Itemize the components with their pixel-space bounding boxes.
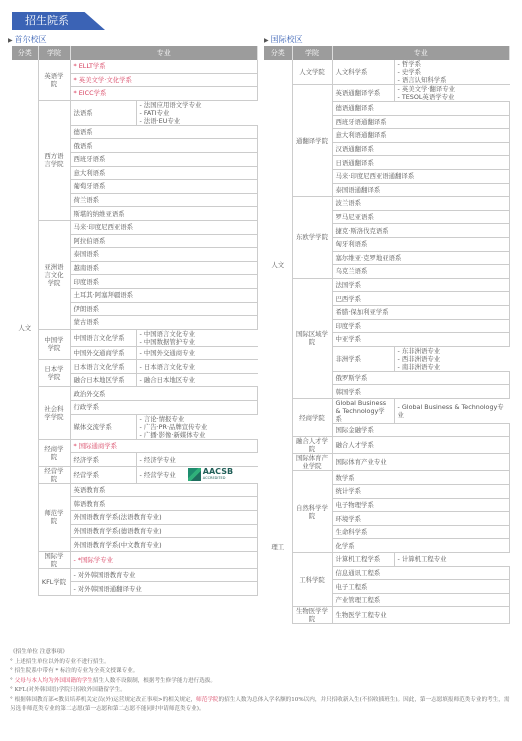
dept-cell: 荷兰语系 <box>70 193 258 207</box>
dept-cell: 经营学系 <box>70 466 136 483</box>
dept-cell: 越南语系 <box>70 261 258 275</box>
table-row: 融合人才学院融合人才学系 <box>264 437 510 454</box>
table-row: 社会科学学院政治外交系 <box>12 387 258 401</box>
dept-cell: 人文科学系 <box>332 60 394 85</box>
dept-cell: 罗马尼亚语系 <box>332 210 510 224</box>
major-item: - 西非洲语专业 <box>398 355 507 363</box>
dept-cell: 匈牙利语系 <box>332 237 510 251</box>
header-college: 学院 <box>38 46 70 60</box>
major-item: - 广播·影像·新媒体专业 <box>140 431 255 439</box>
seoul-majors-table: 分类 学院 专业 人文英语学院* ELLT学系* 英美文学·文化学系* EICC… <box>12 46 258 596</box>
dept-cell: 数学系 <box>332 471 510 485</box>
category-cell: 人文 <box>12 60 38 596</box>
dept-cell: 德语通翻译系 <box>332 102 510 116</box>
dept-cell: 韩语教育系 <box>70 497 258 511</box>
note-item: ° 根据韩国教育部<教员培养机关定员(外)运营规定改正事项>的相关规定，师范学院… <box>10 696 515 715</box>
college-cell: 国际学院 <box>38 551 70 568</box>
table-row: 经商学院Global Business & Technology学系- Glob… <box>264 398 510 423</box>
college-cell: 经营学院 <box>38 466 70 483</box>
dept-cell: 电子工程系 <box>332 580 510 594</box>
major-item: - 言论·情报专业 <box>140 415 255 423</box>
seoul-campus-title: 首尔校区 <box>15 35 47 44</box>
college-cell: 东欧学学院 <box>292 197 332 279</box>
college-cell: 自然科学学院 <box>292 471 332 553</box>
major-cell: - 言论·情报专业- 广告·PR·品牌宣传专业- 广播·影像·新媒体专业 <box>136 414 258 439</box>
table-row: 人文英语学院* ELLT学系 <box>12 60 258 73</box>
dept-cell: 马来·印度尼西亚语通翻译系 <box>332 169 510 183</box>
global-campus-title: 国际校区 <box>271 35 303 44</box>
dept-cell: 国际体育产业专业 <box>332 454 510 471</box>
dept-cell: 汉语通翻译系 <box>332 142 510 156</box>
aacsb-sub: ACCREDITED <box>203 475 233 482</box>
major-item: - 融合日本地区专业 <box>140 376 255 384</box>
college-cell: 通翻译学院 <box>292 85 332 197</box>
dept-cell: 融合人才学系 <box>332 437 510 454</box>
note-item: ° 父母与本人均为外国国籍的学生招生人数不设限制，根据考生修学能力进行选拔。 <box>10 677 515 687</box>
major-item: - TESOL英语学专业 <box>398 93 507 101</box>
dept-cell: 韩国学系 <box>332 385 510 399</box>
aacsb-badge: AACSBACCREDITED <box>188 468 233 482</box>
dept-cell: 伊朗语系 <box>70 302 258 316</box>
dept-cell: 电子物理学系 <box>332 498 510 512</box>
notes-title: 《招生单位 注意事项》 <box>10 648 515 658</box>
dept-cell: 意大利语通翻译系 <box>332 129 510 143</box>
dept-cell: 西班牙语系 <box>70 152 258 166</box>
dept-cell: - 对外韩国语通翻译专业 <box>70 582 258 596</box>
note-bullet: ° <box>10 668 15 674</box>
dept-cell: 中国语言文化学系 <box>70 329 136 346</box>
table-row: 中国学学院中国语言文化学系- 中国语言文化专业- 中国数据管护专业 <box>12 329 258 346</box>
dept-cell: 巴西学系 <box>332 292 510 306</box>
dept-cell: 非洲学系 <box>332 346 394 371</box>
note-bullet: ° <box>10 697 15 703</box>
major-item: - 东非洲语专业 <box>398 347 507 355</box>
dept-cell: 塞尔维亚·克罗地亚语系 <box>332 251 510 265</box>
table-row: 通翻译学院英语通翻译学系- 英美文学·翻译专业- TESOL英语学专业 <box>264 85 510 102</box>
major-item: - 经营学专业 <box>140 471 176 479</box>
dept-cell: 外国语教育学系(中文教育专业) <box>70 538 258 552</box>
dept-cell: 土耳其·阿塞拜疆语系 <box>70 288 258 302</box>
dept-cell: 印度语系 <box>70 275 258 289</box>
global-campus-label: ▶国际校区 <box>264 34 303 45</box>
college-cell: 工科学院 <box>292 553 332 607</box>
major-cell: - 中国外交通商专业 <box>136 346 258 360</box>
major-item: - 中国数据管护专业 <box>140 338 255 346</box>
dept-cell: 环境学系 <box>332 512 510 526</box>
dept-cell: 马来·印度尼西亚语系 <box>70 220 258 234</box>
dept-cell: 行政学系 <box>70 401 258 415</box>
college-cell: 融合人才学院 <box>292 437 332 454</box>
major-cell: - 经济学专业 <box>136 453 258 467</box>
major-cell: - 法国应用语文学专业- FATI专业- 法语·EU专业 <box>136 100 258 125</box>
dept-cell: 印度学系 <box>332 319 510 333</box>
table-row: KFL学院- 对外韩国语教育专业 <box>12 568 258 582</box>
major-item: - FATI专业 <box>140 109 255 117</box>
arrow-icon: ▶ <box>8 37 13 44</box>
table-row: 师范学院英语教育系 <box>12 483 258 497</box>
college-cell: 日本学学院 <box>38 360 70 387</box>
college-cell: 国际区域学院 <box>292 278 332 398</box>
table-row: 生物医学学院生物医学工程专业 <box>264 607 510 624</box>
dept-cell: * 英美文学·文化学系 <box>70 73 258 87</box>
college-cell: 经商学院 <box>38 439 70 466</box>
header-college: 学院 <box>292 46 332 60</box>
table-row: 东欧学学院波兰语系 <box>264 197 510 211</box>
table-row: 日本学学院日本语言文化学系- 日本语言文化专业 <box>12 360 258 374</box>
note-item: ° KFL(对外韩国语)学院只招收外国籍留学生。 <box>10 686 515 696</box>
table-row: 亚洲语言文化学院马来·印度尼西亚语系 <box>12 220 258 234</box>
seoul-campus-label: ▶首尔校区 <box>8 34 47 45</box>
college-cell: 国际体育产业学院 <box>292 454 332 471</box>
college-cell: KFL学院 <box>38 568 70 595</box>
table-row: 西方语言学院法语系- 法国应用语文学专业- FATI专业- 法语·EU专业 <box>12 100 258 125</box>
dept-cell: 希腊·保加利亚学系 <box>332 305 510 319</box>
major-cell: - 中国语言文化专业- 中国数据管护专业 <box>136 329 258 346</box>
dept-cell: - 对外韩国语教育专业 <box>70 568 258 582</box>
college-cell: 师范学院 <box>38 483 70 551</box>
college-cell: 社会科学学院 <box>38 387 70 439</box>
dept-cell: 政治外交系 <box>70 387 258 401</box>
dept-cell: 融合日本地区学系 <box>70 373 136 387</box>
dept-cell: 外国语教育学系(法语教育专业) <box>70 511 258 525</box>
note-item: ° 上述招生单位以外的专业不进行招生。 <box>10 658 515 668</box>
note-bullet: ° <box>10 659 15 665</box>
aacsb-logo-icon <box>188 468 201 481</box>
dept-cell: 泰国语系 <box>70 248 258 262</box>
major-item: - 法语·EU专业 <box>140 117 255 125</box>
header-category: 分类 <box>264 46 292 60</box>
note-highlight: 父母与本人均为外国国籍的学生 <box>15 678 93 684</box>
college-cell: 中国学学院 <box>38 329 70 360</box>
major-item: - 史学系 <box>398 68 507 76</box>
dept-cell: 化学系 <box>332 539 510 553</box>
dept-cell: 经济学系 <box>70 453 136 467</box>
header-major: 专业 <box>332 46 510 60</box>
major-item: - 中国外交通商专业 <box>140 349 255 357</box>
dept-cell: 统计学系 <box>332 485 510 499</box>
major-item: - 南非洲语专业 <box>398 363 507 371</box>
major-item: - 英美文学·翻译专业 <box>398 85 507 93</box>
major-cell: - Global Business & Technology专业 <box>394 398 510 423</box>
major-item: - 计算机工程专业 <box>398 555 507 563</box>
arrow-icon: ▶ <box>264 37 269 44</box>
major-item: - 哲学系 <box>398 60 507 68</box>
note-highlight: 师范学院 <box>196 697 218 703</box>
dept-cell: 产业管理工程系 <box>332 593 510 607</box>
dept-cell: * ELLT学系 <box>70 60 258 73</box>
table-row: 工科学院计算机工程学系- 计算机工程专业 <box>264 553 510 567</box>
table-row: 经商学院* 国际通商学系 <box>12 439 258 453</box>
dept-cell: 法语系 <box>70 100 136 125</box>
college-cell: 生物医学学院 <box>292 607 332 624</box>
major-item: - 中国语言文化专业 <box>140 330 255 338</box>
dept-cell: 葡萄牙语系 <box>70 180 258 194</box>
table-row: 国际区域学院法国学系 <box>264 278 510 292</box>
table-row: 国际体育产业学院国际体育产业专业 <box>264 454 510 471</box>
college-cell: 亚洲语言文化学院 <box>38 220 70 329</box>
note-bullet: ° <box>10 687 15 693</box>
dept-cell: 乌克兰语系 <box>332 265 510 279</box>
dept-cell: 日本语言文化学系 <box>70 360 136 374</box>
dept-cell: 英语教育系 <box>70 483 258 497</box>
major-item: - 语言认知科学系 <box>398 76 507 84</box>
major-item: - 广告·PR·品牌宣传专业 <box>140 423 255 431</box>
dept-cell: 生物医学工程专业 <box>332 607 510 624</box>
dept-cell: 俄罗斯学系 <box>332 371 510 385</box>
major-item: - 法国应用语文学专业 <box>140 101 255 109</box>
dept-cell: 意大利语系 <box>70 166 258 180</box>
dept-cell: 计算机工程学系 <box>332 553 394 567</box>
major-cell: - 哲学系- 史学系- 语言认知科学系 <box>394 60 510 85</box>
dept-cell: 泰国语通翻译系 <box>332 183 510 197</box>
dept-cell: 德语系 <box>70 125 258 139</box>
table-row: 经营学院经营学系- 经营学专业AACSBACCREDITED <box>12 466 258 483</box>
dept-cell: - *国际学专业 <box>70 551 258 568</box>
college-cell: 经商学院 <box>292 398 332 437</box>
dept-cell: 英语通翻译学系 <box>332 85 394 102</box>
dept-cell: Global Business & Technology学系 <box>332 398 394 423</box>
major-cell: - 日本语言文化专业 <box>136 360 258 374</box>
dept-cell: 国际金融学系 <box>332 423 510 437</box>
major-cell: - 融合日本地区专业 <box>136 373 258 387</box>
page-banner: 招生院系 <box>12 12 105 30</box>
category-cell: 人文 <box>264 60 292 471</box>
major-cell: - 东非洲语专业- 西非洲语专业- 南非洲语专业 <box>394 346 510 371</box>
college-cell: 英语学院 <box>38 60 70 100</box>
dept-cell: 阿拉伯语系 <box>70 234 258 248</box>
major-item: - Global Business & Technology专业 <box>398 403 507 419</box>
category-cell: 理工 <box>264 471 292 624</box>
table-row: 人文人文学院人文科学系- 哲学系- 史学系- 语言认知科学系 <box>264 60 510 85</box>
dept-cell: 信息通讯工程系 <box>332 566 510 580</box>
header-major: 专业 <box>70 46 258 60</box>
major-cell: - 计算机工程专业 <box>394 553 510 567</box>
dept-cell: 捷克·斯洛伐克语系 <box>332 224 510 238</box>
dept-cell: 波兰语系 <box>332 197 510 211</box>
dept-cell: 中亚学系 <box>332 333 510 347</box>
dept-cell: 斯堪的纳维亚语系 <box>70 207 258 221</box>
dept-cell: 媒体交流学系 <box>70 414 136 439</box>
dept-cell: * 国际通商学系 <box>70 439 258 453</box>
college-cell: 西方语言学院 <box>38 100 70 220</box>
dept-cell: 西班牙语通翻译系 <box>332 115 510 129</box>
college-cell: 人文学院 <box>292 60 332 85</box>
dept-cell: 日语通翻译系 <box>332 156 510 170</box>
global-majors-table: 分类 学院 专业 人文人文学院人文科学系- 哲学系- 史学系- 语言认知科学系通… <box>264 46 510 624</box>
dept-cell: 俄语系 <box>70 139 258 153</box>
major-cell: - 经营学专业AACSBACCREDITED <box>136 466 258 483</box>
aacsb-label: AACSBACCREDITED <box>203 468 233 482</box>
dept-cell: 法国学系 <box>332 278 510 292</box>
dept-cell: 蒙古语系 <box>70 316 258 330</box>
dept-cell: * EICC学系 <box>70 87 258 101</box>
notes-section: 《招生单位 注意事项》 ° 上述招生单位以外的专业不进行招生。° 招生院系中带有… <box>10 648 515 715</box>
header-category: 分类 <box>12 46 38 60</box>
dept-cell: 生命科学系 <box>332 525 510 539</box>
notes-list: ° 上述招生单位以外的专业不进行招生。° 招生院系中带有 * 标注的专业为全英文… <box>10 658 515 715</box>
note-item: ° 招生院系中带有 * 标注的专业为全英文授课专业。 <box>10 667 515 677</box>
dept-cell: 外国语教育学系(德语教育专业) <box>70 524 258 538</box>
table-row: 理工自然科学学院数学系 <box>264 471 510 485</box>
dept-cell: 中国外交通商学系 <box>70 346 136 360</box>
major-cell: - 英美文学·翻译专业- TESOL英语学专业 <box>394 85 510 102</box>
table-row: 国际学院- *国际学专业 <box>12 551 258 568</box>
major-item: - 日本语言文化专业 <box>140 363 255 371</box>
major-item: - 经济学专业 <box>140 456 255 464</box>
